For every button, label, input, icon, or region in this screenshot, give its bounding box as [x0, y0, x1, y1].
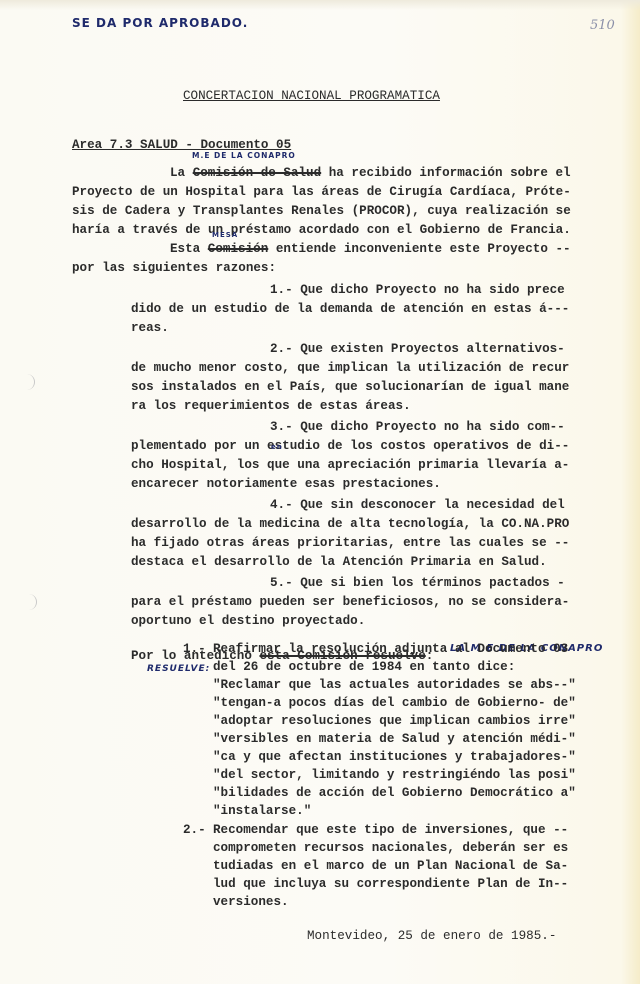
- reason-1-line: dido de un estudio de la demanda de aten…: [131, 300, 569, 318]
- intro-line: por las siguientes razones:: [72, 259, 276, 277]
- approval-note: SE DA POR APROBADO.: [72, 16, 248, 30]
- reason-1-line: reas.: [131, 319, 169, 337]
- reason-2-line: sos instalados en el País, que soluciona…: [131, 378, 569, 396]
- resolution-number: 2.-: [183, 821, 206, 839]
- reason-5-line: 5.- Que si bien los términos pactados -: [270, 574, 565, 592]
- binder-hole-mark: [22, 594, 37, 610]
- intro-line: La Comisión de Salud ha recibido informa…: [170, 164, 571, 182]
- handwritten-insert-mesa: MESA: [212, 231, 238, 239]
- struck-text: Comisión de Salud: [193, 166, 321, 180]
- intro-line: Proyecto de un Hospital para las áreas d…: [72, 183, 571, 201]
- struck-text: Comisión: [208, 242, 268, 256]
- resolution-line: "adoptar resoluciones que implican cambi…: [213, 712, 576, 730]
- reason-3-line: encarecer notoriamente esas prestaciones…: [131, 475, 441, 493]
- resolution-line: versiones.: [213, 893, 289, 911]
- intro-line: Esta Comisión entiende inconveniente est…: [170, 240, 571, 258]
- intro-line: sis de Cadera y Transplantes Renales (PR…: [72, 202, 571, 220]
- handwritten-insert-resuelve-2: RESUELVE:: [147, 664, 210, 674]
- handwritten-insert-en: en: [271, 443, 283, 451]
- reason-2-line: 2.- Que existen Proyectos alternativos-: [270, 340, 565, 358]
- reason-4-line: destaca el desarrollo de la Atención Pri…: [131, 553, 547, 571]
- resolution-line: "ca y que afectan instituciones y trabaj…: [213, 748, 576, 766]
- intro-line: haría a través de un préstamo acordado c…: [72, 221, 571, 239]
- page-edge-shadow: [0, 0, 640, 10]
- place-date: Montevideo, 25 de enero de 1985.-: [307, 927, 556, 945]
- reason-1-line: 1.- Que dicho Proyecto no ha sido prece: [270, 281, 565, 299]
- reason-4-line: ha fijado otras áreas prioritarias, entr…: [131, 534, 569, 552]
- resolution-line: "versibles en materia de Salud y atenció…: [213, 730, 576, 748]
- resolution-line: "bilidades de acción del Gobierno Democr…: [213, 784, 576, 802]
- document-title: CONCERTACION NACIONAL PROGRAMATICA: [183, 87, 440, 105]
- reason-2-line: de mucho menor costo, que implican la ut…: [131, 359, 569, 377]
- resolution-number: 1.-: [183, 640, 206, 658]
- resolution-line: del 26 de octubre de 1984 en tanto dice:: [213, 658, 515, 676]
- reason-3-line: cho Hospital, los que una apreciación pr…: [131, 456, 569, 474]
- page-number: 510: [590, 18, 615, 33]
- resolution-line: tudiadas en el marco de un Plan Nacional…: [213, 857, 568, 875]
- reason-3-line: 3.- Que dicho Proyecto no ha sido com--: [270, 418, 565, 436]
- reason-2-line: ra los requerimientos de estas áreas.: [131, 397, 411, 415]
- resolution-line: "tengan-a pocos días del cambio de Gobie…: [213, 694, 576, 712]
- resolution-line: "del sector, limitando y restringiéndo l…: [213, 766, 576, 784]
- reason-4-line: 4.- Que sin desconocer la necesidad del: [270, 496, 565, 514]
- resolution-line: "Reclamar que las actuales autoridades s…: [213, 676, 576, 694]
- resolution-line: comprometen recursos nacionales, deberán…: [213, 839, 568, 857]
- reason-4-line: desarrollo de la medicina de alta tecnol…: [131, 515, 569, 533]
- reason-3-line: plementado por un estudio de los costos …: [131, 437, 569, 455]
- resolution-line: Recomendar que este tipo de inversiones,…: [213, 821, 568, 839]
- binder-hole-mark: [20, 374, 35, 390]
- handwritten-insert-mesa-ejecutiva: M.E DE LA CONAPRO: [192, 151, 296, 160]
- resolution-line: lud que incluya su correspondiente Plan …: [213, 875, 568, 893]
- resolution-line: "instalarse.": [213, 802, 311, 820]
- reason-5-line: oportuno el destino proyectado.: [131, 612, 365, 630]
- reason-5-line: para el préstamo pueden ser beneficiosos…: [131, 593, 569, 611]
- document-page: SE DA POR APROBADO. 510 CONCERTACION NAC…: [0, 0, 640, 984]
- resolution-line: Reafirmar la resolución adjunta al Docum…: [213, 640, 568, 658]
